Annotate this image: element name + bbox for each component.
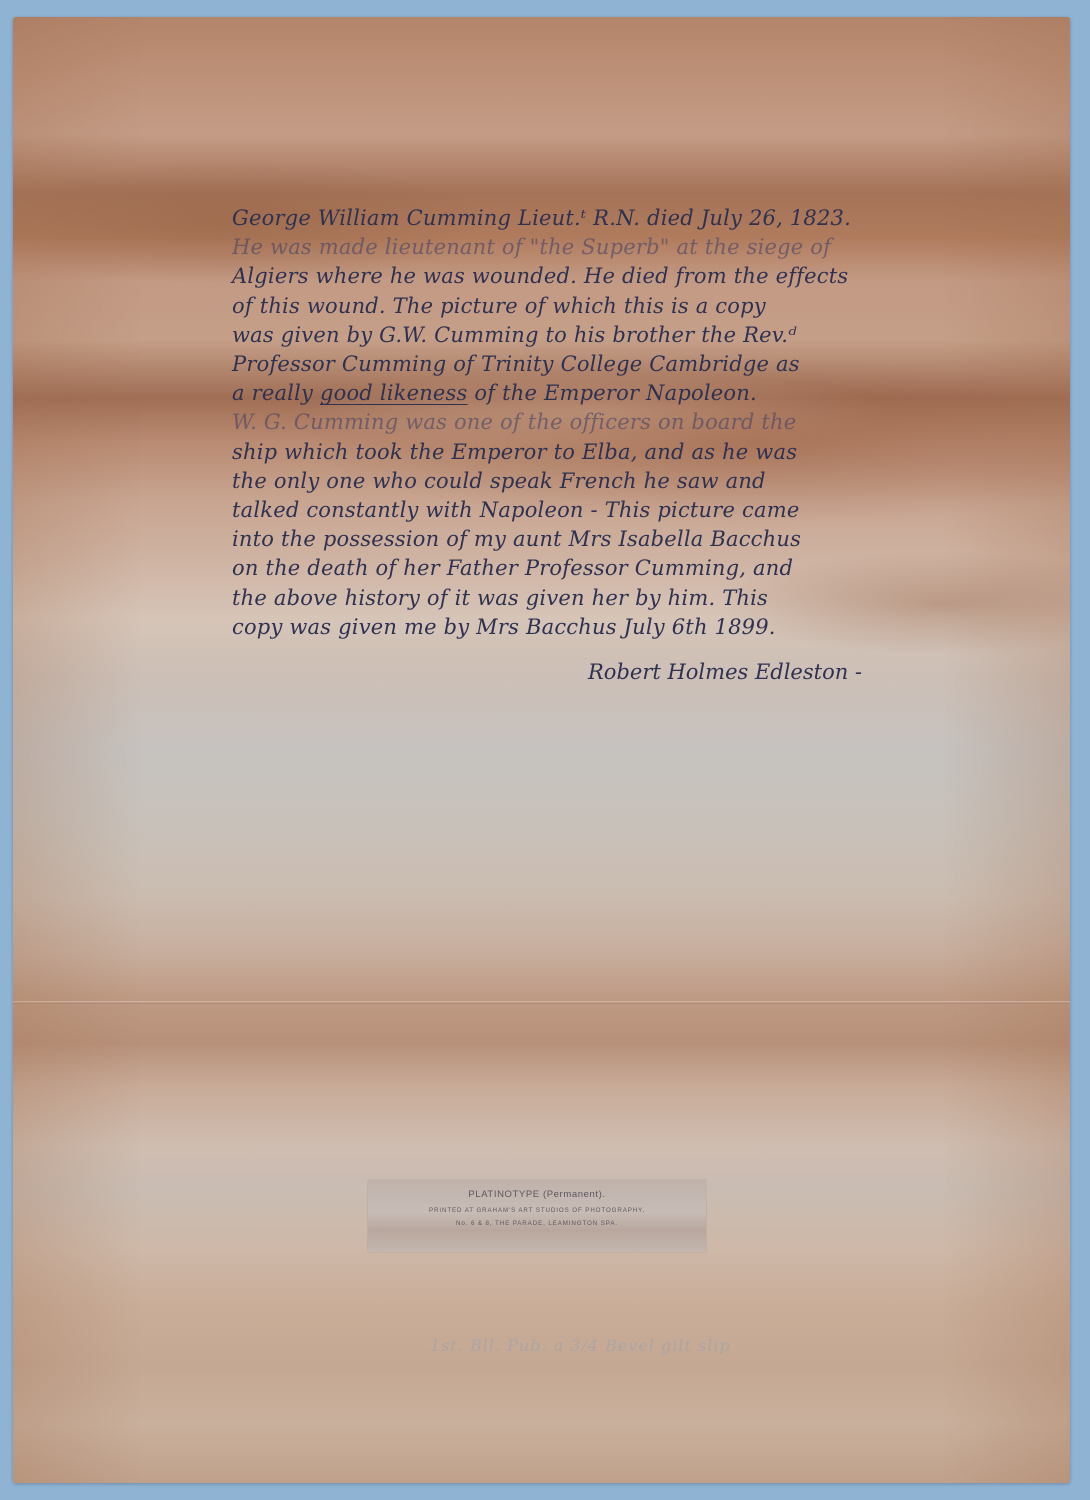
note-line: George William Cumming Lieut.ᵗ R.N. died… xyxy=(232,204,992,233)
label-address: No. 6 & 8, THE PARADE, LEAMINGTON SPA. xyxy=(368,1220,706,1227)
handwritten-note: George William Cumming Lieut.ᵗ R.N. died… xyxy=(232,204,992,642)
underlined-phrase: good likeness xyxy=(320,381,468,405)
note-line: into the possession of my aunt Mrs Isabe… xyxy=(232,525,992,554)
note-line-underlined: a really good likeness of the Emperor Na… xyxy=(232,379,992,408)
note-line: ship which took the Emperor to Elba, and… xyxy=(232,438,992,467)
text-before: a really xyxy=(232,381,320,405)
note-line: was given by G.W. Cumming to his brother… xyxy=(232,321,992,350)
note-line: W. G. Cumming was one of the officers on… xyxy=(232,408,992,437)
note-line: copy was given me by Mrs Bacchus July 6t… xyxy=(232,613,992,642)
signature: Robert Holmes Edleston - xyxy=(588,660,862,684)
note-line: on the death of her Father Professor Cum… xyxy=(232,554,992,583)
note-line: talked constantly with Napoleon - This p… xyxy=(232,496,992,525)
note-line: Professor Cumming of Trinity College Cam… xyxy=(232,350,992,379)
text-after: of the Emperor Napoleon. xyxy=(468,381,757,405)
note-line: He was made lieutenant of "the Superb" a… xyxy=(232,233,992,262)
label-studio: PRINTED AT GRAHAM'S ART STUDIOS OF PHOTO… xyxy=(368,1207,706,1214)
note-line: the above history of it was given her by… xyxy=(232,584,992,613)
note-line: Algiers where he was wounded. He died fr… xyxy=(232,262,992,291)
platinotype-label: PLATINOTYPE (Permanent). PRINTED AT GRAH… xyxy=(368,1180,706,1252)
note-line: the only one who could speak French he s… xyxy=(232,467,992,496)
pencil-note: 1st. Bll. Pub. a 3/4 Bevel gilt slip xyxy=(430,1336,731,1355)
fold-crease xyxy=(13,1001,1070,1004)
document-page: George William Cumming Lieut.ᵗ R.N. died… xyxy=(13,17,1070,1483)
note-line: of this wound. The picture of which this… xyxy=(232,292,992,321)
label-title: PLATINOTYPE (Permanent). xyxy=(368,1189,706,1200)
